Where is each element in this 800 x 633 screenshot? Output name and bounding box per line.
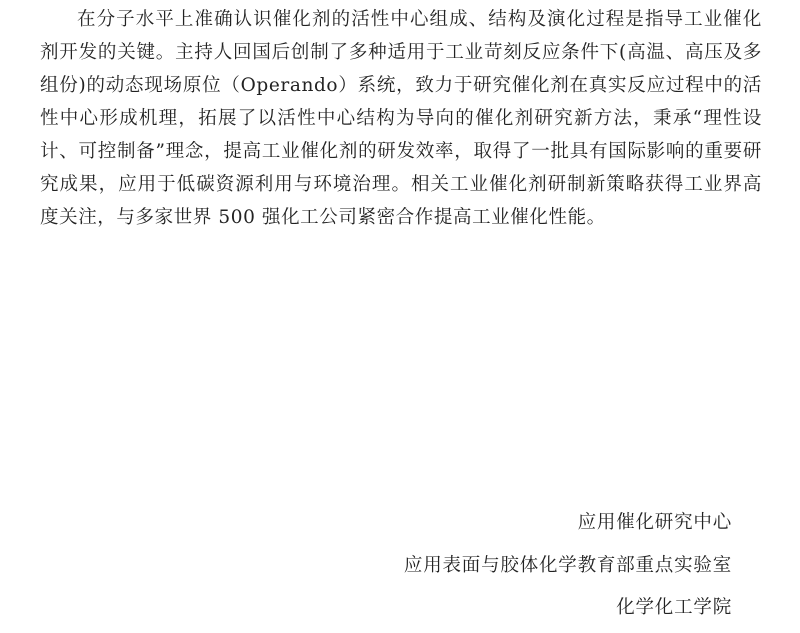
signature-college: 化学化工学院 (616, 596, 732, 620)
body-paragraph: 在分子水平上准确认识催化剂的活性中心组成、结构及演化过程是指导工业催化剂开发的关… (40, 3, 762, 234)
signature-research-center: 应用催化研究中心 (578, 511, 732, 535)
signature-key-laboratory: 应用表面与胶体化学教育部重点实验室 (404, 554, 732, 578)
